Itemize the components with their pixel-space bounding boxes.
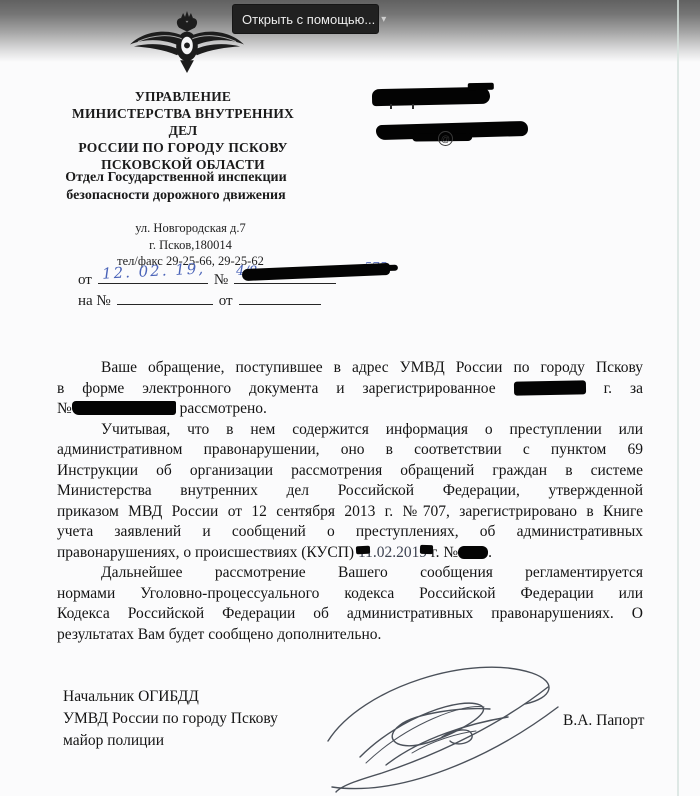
redaction-artifact (390, 104, 392, 109)
handwritten-signature (322, 645, 572, 795)
redaction-smudge (356, 545, 370, 554)
signer-title-line: майор полиции (63, 730, 278, 752)
redaction-artifact (412, 104, 414, 109)
body-line: Учитывая, что в нем содержится информаци… (57, 420, 643, 441)
dept-line: безопасности дорожного движения (60, 187, 292, 205)
redaction-bar-kusp-number (458, 546, 488, 559)
letterhead-department: Отдел Государственной инспекции безопасн… (60, 169, 292, 205)
body-line: результатах Вам будет сообщено дополните… (57, 625, 643, 646)
redaction-smudge (420, 544, 433, 553)
letterhead-organization: УПРАВЛЕНИЕ МИНИСТЕРСТВА ВНУТРЕННИХ ДЕЛ Р… (60, 88, 306, 173)
dept-line: Отдел Государственной инспекции (60, 169, 292, 187)
redaction-bar-registration-date (513, 380, 585, 395)
signer-title-line: УМВД России по городу Пскову (63, 708, 278, 730)
outgoing-ref-line: от12. 02. 19,№4/8575 (78, 266, 336, 289)
body-line: в форме электронного документа и зарегис… (57, 379, 643, 400)
open-with-label: Открыть с помощью... (242, 12, 375, 27)
body-line: учета заявлений и сообщений о преступлен… (57, 522, 643, 543)
number-label: № (214, 272, 228, 288)
body-line: Министерства внутренних дел Российской Ф… (57, 481, 643, 502)
body-text-segment: правонарушениях, о происшествиях (КУСП) (57, 544, 354, 561)
signer-name: В.А. Папорт (563, 712, 644, 730)
body-line: Инструкции об организации рассмотрения о… (57, 461, 643, 482)
incoming-ref-line: на №от (78, 287, 321, 310)
body-line: Ваше обращение, поступившее в адрес УМВД… (57, 358, 643, 379)
email-at-symbol: @ (438, 131, 453, 146)
body-line: административном правонарушении, оно в с… (57, 440, 643, 461)
body-line: нормами Уголовно-процессуального кодекса… (57, 584, 643, 605)
kusp-date-partially-redacted: 11.02.2019 (358, 543, 427, 564)
body-line: № рассмотрено. (57, 399, 643, 420)
reply-from-label: от (219, 293, 233, 309)
reply-date-field (239, 287, 321, 305)
body-line: приказом МВД России от 12 сентября 2013 … (57, 502, 643, 523)
reply-number-field (117, 287, 213, 305)
body-line: правонарушениях, о происшествиях (КУСП) … (57, 543, 643, 564)
redaction-bar-ref-number (242, 263, 390, 281)
body-text-segment: г. № (431, 544, 458, 561)
letter-body: Ваше обращение, поступившее в адрес УМВД… (57, 358, 643, 645)
address-line: ул. Новгородская д.7 (63, 220, 318, 237)
scan-page-edge (677, 0, 679, 796)
org-line: РОССИИ ПО ГОРОДУ ПСКОВУ (60, 139, 306, 156)
body-line: Кодекса Российской Федерации об админист… (57, 604, 643, 625)
reply-label: на № (78, 293, 111, 309)
body-text-segment: № (57, 400, 72, 417)
at-glyph: @ (441, 134, 450, 144)
body-text-segment: рассмотрено. (180, 400, 267, 417)
address-line: г. Псков,180014 (63, 237, 318, 254)
date-field: 12. 02. 19, (98, 266, 208, 284)
mvd-eagle-emblem-icon (128, 11, 246, 74)
signer-title-line: Начальник ОГИБДД (63, 686, 278, 708)
redaction-bar-registration-number (72, 401, 176, 415)
body-text-segment: . (488, 544, 492, 561)
org-line: МИНИСТЕРСТВА ВНУТРЕННИХ ДЕЛ (60, 105, 306, 139)
body-text-segment: в форме электронного документа и зарегис… (57, 380, 496, 397)
signer-title-block: Начальник ОГИБДД УМВД России по городу П… (63, 686, 278, 752)
dropdown-caret-icon: ▾ (381, 14, 386, 25)
number-field: 4/8575 (234, 266, 336, 284)
org-line: УПРАВЛЕНИЕ (60, 88, 306, 105)
from-label: от (78, 272, 92, 288)
body-text-segment: г. за (604, 380, 643, 397)
body-line: Дальнейшее рассмотрение Вашего сообщения… (57, 563, 643, 584)
document-page: Открыть с помощью... ▾ УПРАВЛЕНИЕ МИНИСТ… (0, 0, 700, 796)
open-with-button[interactable]: Открыть с помощью... ▾ (232, 4, 379, 34)
